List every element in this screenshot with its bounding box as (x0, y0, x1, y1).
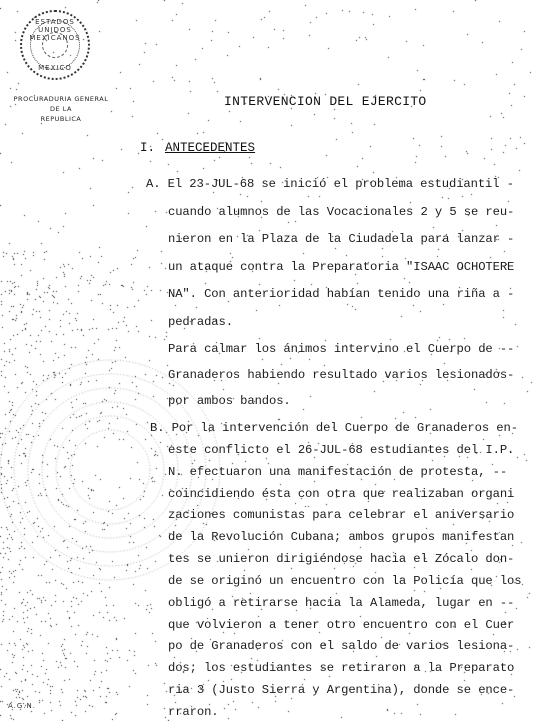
section-heading-label: ANTECEDENTES (165, 141, 255, 155)
archive-stamp: A.G.N. (8, 702, 36, 710)
paragraph-a-line: nieron en la Plaza de la Ciudadela para … (168, 232, 514, 246)
paragraph-b-line: zaciones comunistas para celebrar el ani… (168, 508, 514, 522)
paragraph-b-line: po de Granaderos con el saldo de varios … (168, 639, 514, 653)
agency-line: DE LA (5, 104, 117, 114)
paragraph-b-line: B. Por la intervención del Cuerpo de Gra… (150, 421, 518, 435)
paragraph-marker: B. (150, 421, 164, 435)
seal-bottom-text: MEXICO (22, 64, 88, 72)
agency-name: PROCURADURIA GENERAL DE LA REPUBLICA (5, 94, 117, 124)
paragraph-a-line: A. El 23-JUL-68 se inició el problema es… (146, 177, 514, 191)
paragraph-line: por ambos bandos. (168, 394, 291, 408)
paragraph-a-line: NA". Con anterioridad habían tenido una … (168, 287, 514, 301)
paragraph-b-line: tes se unieron dirigiéndose hacia el Zóc… (168, 552, 514, 566)
paragraph-b-line: de se originó un encuentro con la Policí… (168, 574, 521, 588)
paragraph-b-line: obligó a retirarse hacia la Alameda, lug… (168, 596, 514, 610)
paragraph-b-line: ria 3 (Justo Sierra y Argentina), donde … (168, 683, 514, 697)
paragraph-line: Granaderos habiendo resultado varios les… (168, 368, 514, 382)
paragraph-a-line: un ataque contra la Preparatoria "ISAAC … (168, 260, 514, 274)
paragraph-b-line: que volvieron a tener otro encuentro con… (168, 618, 514, 632)
paragraph-marker: A. (146, 177, 160, 191)
agency-line: PROCURADURIA GENERAL (5, 94, 117, 104)
document-page: ESTADOS UNIDOS MEXICANOS MEXICO PROCURAD… (0, 0, 533, 721)
paragraph-a-line: cuando alumnos de las Vocacionales 2 y 5… (168, 205, 514, 219)
paragraph-b-line: rraron. (168, 705, 219, 719)
paragraph-a-line: pedradas. (168, 315, 233, 329)
paragraph-b-line: coincidiendo ésta con otra que realizaba… (168, 487, 514, 501)
paragraph-b-line: de la Revolución Cubana; ambos grupos ma… (168, 530, 514, 544)
agency-line: REPUBLICA (5, 114, 117, 124)
seal-top-text: ESTADOS UNIDOS MEXICANOS (22, 18, 88, 42)
section-number: I. (140, 141, 155, 155)
paragraph-b-line: este conflicto el 26-JUL-68 estudiantes … (168, 443, 514, 457)
section-heading: I.ANTECEDENTES (140, 141, 255, 155)
document-title: INTERVENCION DEL EJERCITO (224, 94, 427, 109)
paragraph-b-line: dos; los estudiantes se retiraron a la P… (168, 661, 514, 675)
paragraph-line: Para calmar los ánimos intervino el Cuer… (168, 342, 514, 356)
paragraph-b-line: N. efectuaron una manifestación de prote… (168, 465, 507, 479)
national-seal-icon: ESTADOS UNIDOS MEXICANOS MEXICO (20, 10, 90, 80)
